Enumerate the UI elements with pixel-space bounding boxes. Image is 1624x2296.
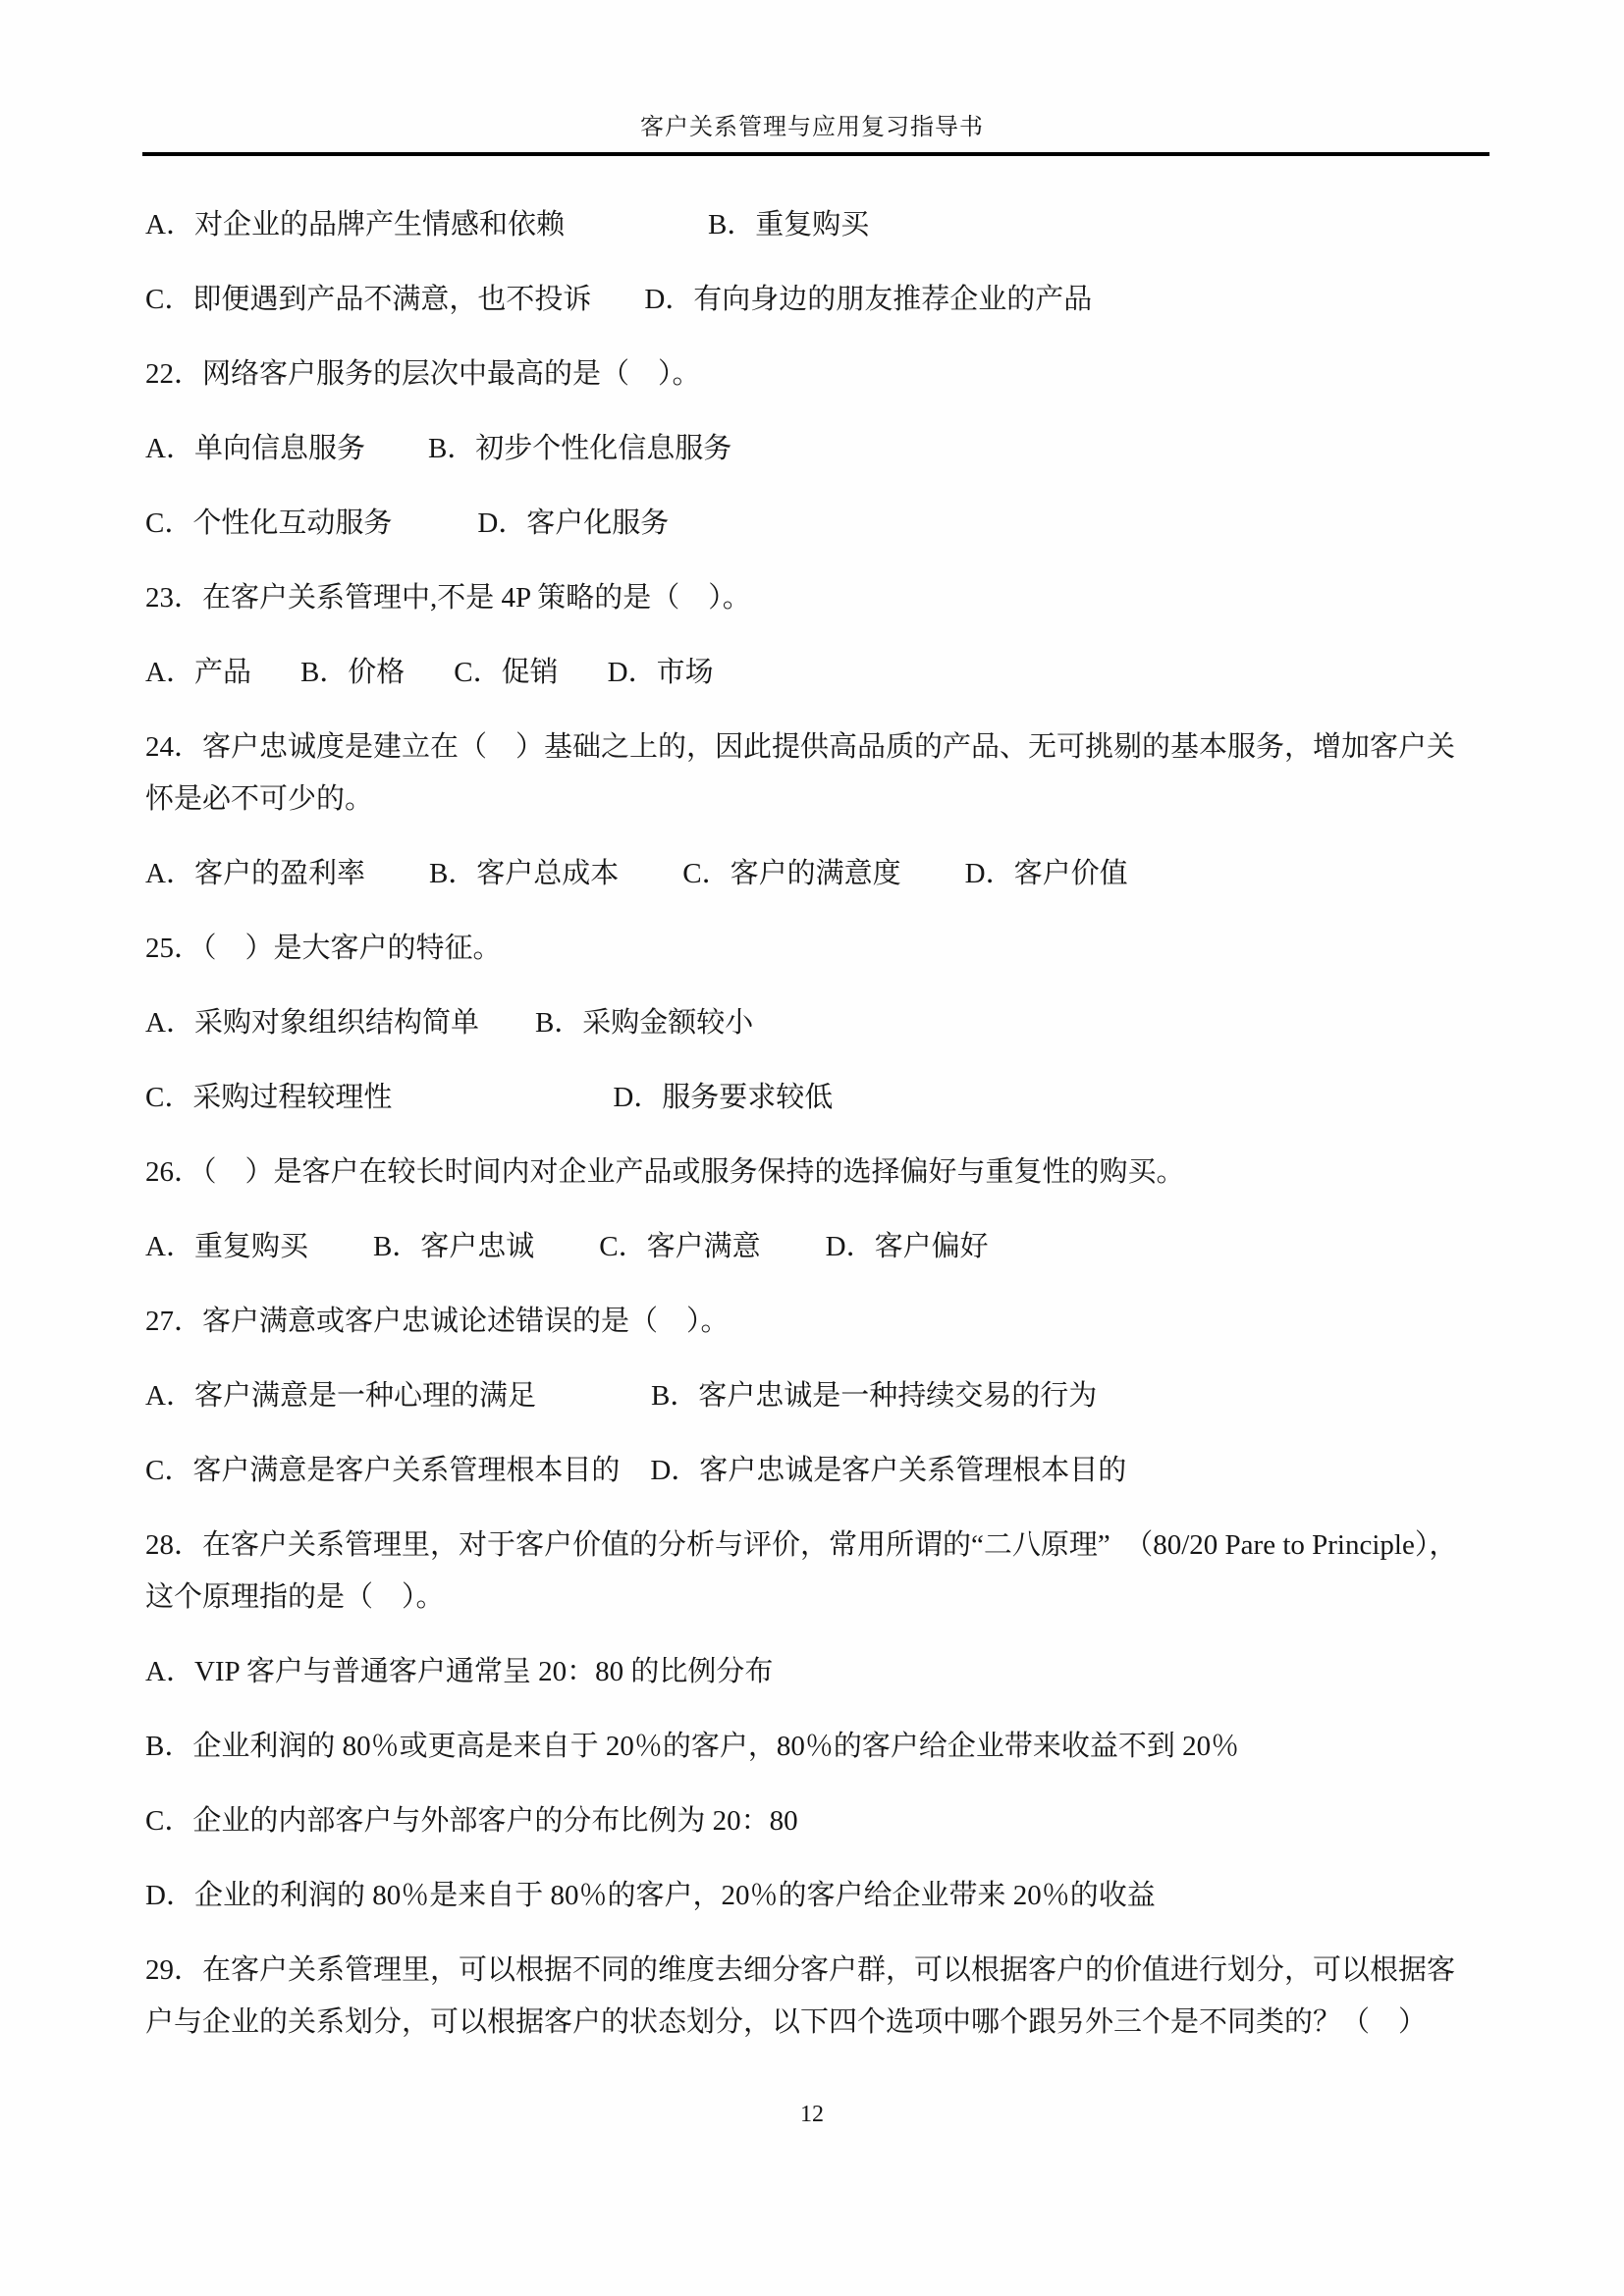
- option-c: C．采购过程较理性: [145, 1072, 392, 1124]
- option-d: D．客户忠诚是客户关系管理根本目的: [650, 1445, 1126, 1497]
- option-b: B．初步个性化信息服务: [428, 423, 731, 475]
- q26-options-row: A．重复购买 B．客户忠诚 C．客户满意 D．客户偏好: [145, 1221, 1489, 1273]
- option-c: C．客户满意: [599, 1221, 760, 1273]
- q25-options-row-ab: A．采购对象组织结构简单 B．采购金额较小: [145, 997, 1489, 1049]
- option-a: A．客户的盈利率: [145, 848, 365, 900]
- option-b: B．客户总成本: [429, 848, 619, 900]
- option-a: A．采购对象组织结构简单: [145, 997, 479, 1049]
- q22-options-row-ab: A．单向信息服务 B．初步个性化信息服务: [145, 423, 1489, 475]
- option-d: D．有向身边的朋友推荐企业的产品: [644, 274, 1092, 326]
- question-24-stem-line-2: 怀是必不可少的。: [145, 774, 1489, 826]
- q25-options-row-cd: C．采购过程较理性 D．服务要求较低: [145, 1072, 1489, 1124]
- option-a: A．单向信息服务: [145, 423, 365, 475]
- q28-option-a: A．VIP 客户与普通客户通常呈 20：80 的比例分布: [145, 1646, 1489, 1698]
- option-d: D．客户价值: [965, 848, 1128, 900]
- q22-options-row-cd: C．个性化互动服务 D．客户化服务: [145, 498, 1489, 550]
- option-a: A．产品: [145, 647, 251, 699]
- option-b: B．价格: [300, 647, 405, 699]
- question-28-stem: 28．在客户关系管理里，对于客户价值的分析与评价，常用所谓的“二八原理” （80…: [145, 1520, 1489, 1624]
- question-25-stem: 25．（ ）是大客户的特征。: [145, 923, 1489, 975]
- option-c: C．个性化互动服务: [145, 498, 392, 550]
- question-26-stem: 26．（ ）是客户在较长时间内对企业产品或服务保持的选择偏好与重复性的购买。: [145, 1147, 1489, 1199]
- question-28-stem-line-2: 这个原理指的是（ ）。: [145, 1572, 1489, 1624]
- question-29-stem-line-1: 29．在客户关系管理里，可以根据不同的维度去细分客户群，可以根据客户的价值进行划…: [145, 1945, 1489, 1997]
- option-d: D．客户化服务: [477, 498, 669, 550]
- option-b: B．客户忠诚: [373, 1221, 534, 1273]
- option-c: C．客户的满意度: [682, 848, 900, 900]
- question-24-stem: 24．客户忠诚度是建立在（ ）基础之上的，因此提供高品质的产品、无可挑剔的基本服…: [145, 721, 1489, 826]
- question-27-stem: 27．客户满意或客户忠诚论述错误的是（ ）。: [145, 1296, 1489, 1348]
- option-b: B．重复购买: [708, 199, 869, 251]
- option-a: A．对企业的品牌产生情感和依赖: [145, 199, 565, 251]
- option-d: D．服务要求较低: [613, 1072, 833, 1124]
- header-rule: [142, 152, 1489, 156]
- option-a: A．重复购买: [145, 1221, 308, 1273]
- q27-options-row-cd: C．客户满意是客户关系管理根本目的 D．客户忠诚是客户关系管理根本目的: [145, 1445, 1489, 1497]
- q28-option-d: D．企业的利润的 80％是来自于 80％的客户，20％的客户给企业带来 20％的…: [145, 1870, 1489, 1922]
- question-22-stem: 22．网络客户服务的层次中最高的是（ ）。: [145, 348, 1489, 400]
- option-b: B．客户忠诚是一种持续交易的行为: [651, 1370, 1097, 1422]
- question-28-stem-line-1: 28．在客户关系管理里，对于客户价值的分析与评价，常用所谓的“二八原理” （80…: [145, 1520, 1489, 1572]
- q28-option-b: B．企业利润的 80％或更高是来自于 20％的客户，80％的客户给企业带来收益不…: [145, 1721, 1489, 1773]
- question-24-stem-line-1: 24．客户忠诚度是建立在（ ）基础之上的，因此提供高品质的产品、无可挑剔的基本服…: [145, 721, 1489, 774]
- page-header-title: 客户关系管理与应用复习指导书: [0, 114, 1624, 141]
- option-d: D．客户偏好: [826, 1221, 989, 1273]
- question-23-stem: 23．在客户关系管理中,不是 4P 策略的是（ ）。: [145, 572, 1489, 624]
- option-c: C．促销: [454, 647, 558, 699]
- q23-options-row: A．产品 B．价格 C．促销 D．市场: [145, 647, 1489, 699]
- page-number: 12: [0, 2101, 1624, 2128]
- option-d: D．市场: [608, 647, 714, 699]
- document-page: 客户关系管理与应用复习指导书 A．对企业的品牌产生情感和依赖 B．重复购买 C．…: [0, 0, 1624, 2296]
- option-a: A．客户满意是一种心理的满足: [145, 1370, 536, 1422]
- q28-option-c: C．企业的内部客户与外部客户的分布比例为 20：80: [145, 1795, 1489, 1847]
- option-c: C．客户满意是客户关系管理根本目的: [145, 1445, 620, 1497]
- question-29-stem: 29．在客户关系管理里，可以根据不同的维度去细分客户群，可以根据客户的价值进行划…: [145, 1945, 1489, 2049]
- question-29-stem-line-2: 户与企业的关系划分，可以根据客户的状态划分，以下四个选项中哪个跟另外三个是不同类…: [145, 1997, 1489, 2049]
- q24-options-row: A．客户的盈利率 B．客户总成本 C．客户的满意度 D．客户价值: [145, 848, 1489, 900]
- questions-content: A．对企业的品牌产生情感和依赖 B．重复购买 C．即便遇到产品不满意，也不投诉 …: [145, 199, 1489, 2071]
- q21-options-row-ab: A．对企业的品牌产生情感和依赖 B．重复购买: [145, 199, 1489, 251]
- q21-options-row-cd: C．即便遇到产品不满意，也不投诉 D．有向身边的朋友推荐企业的产品: [145, 274, 1489, 326]
- q27-options-row-ab: A．客户满意是一种心理的满足 B．客户忠诚是一种持续交易的行为: [145, 1370, 1489, 1422]
- option-b: B．采购金额较小: [535, 997, 753, 1049]
- option-c: C．即便遇到产品不满意，也不投诉: [145, 274, 591, 326]
